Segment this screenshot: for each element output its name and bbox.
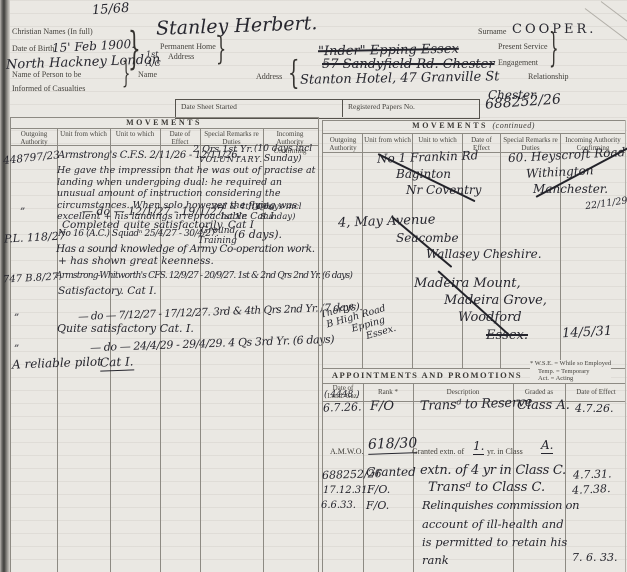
col-unit-to: Unit to which (112, 130, 158, 138)
permanent-home-address-label: Address (168, 52, 194, 61)
stamp-granted-label: Granted extn. of (412, 447, 464, 456)
stamp-class-value: A. (541, 438, 553, 454)
appointments-title: APPOINTMENTS AND PROMOTIONS (322, 370, 532, 380)
date-of-effect-value: 4.7.26. (575, 402, 613, 415)
rank-value: Granted (366, 465, 416, 479)
graded-as-value: Class A. (517, 398, 570, 413)
address-entry: Madeira Grove, (444, 293, 547, 308)
movement-unit: — do — 24/4/29 - 29/4/29. 4 Qs 3rd Yr. (… (90, 333, 334, 355)
stamp-amwo-label: A.M.W.O. (330, 447, 363, 456)
movement-unit: Armstrong-Whitworth's CFS. 12/9/27 - 20/… (56, 271, 352, 281)
col-date-of-effect: Date of Effect (567, 388, 625, 396)
movement-authority: 747 B.8/27. (3, 271, 62, 285)
description-value: Transᵈ to Class C. (428, 480, 545, 495)
movement-days: Sunday) (260, 212, 295, 222)
legend-line: Temp. = Temporary (538, 368, 611, 376)
col-description: Description (415, 388, 511, 396)
movement-remarks: A reliable pilot (12, 354, 102, 371)
address-date: 14/5/31 (562, 324, 613, 342)
date-of-birth-value: 15' Feb 1900. (52, 37, 136, 55)
movement-remarks: Has a sound knowledge of Army Co-operati… (56, 243, 315, 255)
address-entry: Madeira Mount, (414, 276, 521, 291)
col-outgoing-authority: Outgoing Authority (324, 136, 362, 153)
col-unit-from: Unit from which (364, 136, 411, 144)
movement-days: (10 days incl (254, 144, 312, 154)
col-rank: Rank * (365, 388, 411, 396)
brace-glyph: } (216, 30, 226, 68)
present-service-label: Present Service (498, 42, 548, 51)
movement-unit: — do — 12/1/27 - 19/1/27 (82, 205, 224, 218)
brace-glyph: { (288, 55, 299, 93)
rank-note: 1st A/C (146, 50, 161, 68)
relationship-label: Relationship (528, 72, 568, 81)
address-entry: No 1 Frankin Rd (377, 148, 479, 166)
rank-value: F/O. (366, 499, 389, 512)
date-of-birth-label: Date of Birth (12, 44, 54, 53)
brace-glyph: } (549, 25, 559, 72)
stamp-order-number: 618/30 (368, 435, 418, 455)
movement-days: Sunday) (264, 154, 301, 164)
grid-line (322, 133, 625, 134)
engagement-label: Engagement (498, 58, 538, 67)
address-label: Address (256, 72, 282, 81)
brace-glyph: } (122, 59, 130, 92)
stamp-class-label: yr. in Class (487, 447, 523, 456)
stamp-years-value: 1. (473, 439, 484, 455)
movement-remarks: Quite satisfactory Cat. I. (57, 322, 194, 335)
movement-days: (8 days incl (252, 202, 301, 212)
movement-remarks: + has shown great keenness. (58, 255, 214, 267)
legend-line: Act. = Acting (538, 375, 611, 383)
date-of-effect-value: 4.7.31. (573, 467, 612, 481)
ditto-mark: ” (14, 313, 19, 324)
grid-line (625, 120, 626, 572)
gazette-date: 6.7.26. (323, 400, 362, 414)
movement-category: Cat I. (100, 354, 134, 371)
person-informed-label-line2: Informed of Casualties (12, 84, 85, 93)
grid-line (362, 133, 363, 368)
rank-value: F/O (370, 399, 394, 414)
col-unit-from: Unit from which (59, 130, 108, 138)
col-unit-to: Unit to which (414, 136, 461, 144)
person-informed-label-line1: Name of Person to be (12, 70, 81, 79)
description-line: rank (422, 553, 449, 567)
movement-days: (6 days). (234, 228, 282, 241)
service-record-document: 15/68 Christian Names (In full) Stanley … (0, 0, 627, 572)
legend-line: * W.S.E. = While so Employed (530, 360, 611, 368)
date-sheet-started-label: Date Sheet Started (181, 102, 237, 111)
description-line: is permitted to retain his (422, 535, 567, 549)
surname-label: Surname (478, 27, 506, 36)
movement-voluntary: VOLUNTARY. (199, 155, 263, 164)
gazette-date: 6.6.33. (321, 500, 356, 511)
address-entry: Essex. (486, 328, 528, 343)
date-sheet-box-divider (342, 99, 343, 117)
movements-continued-title: MOVEMENTS (continued) (322, 121, 625, 130)
address-entry: Manchester. (533, 182, 608, 196)
movements-continued-title-suffix: (continued) (492, 121, 534, 130)
date-of-effect-value: 4.7.38. (572, 482, 611, 497)
movement-quarter: Ground (201, 226, 235, 236)
ditto-mark: ” (14, 344, 19, 355)
description-line: Relinquishes commission on (422, 498, 579, 512)
description-value: Transᵈ to Reserve (420, 395, 533, 414)
gazette-date: 17.12.31. (323, 485, 371, 496)
rank-note-line1: 1st (146, 50, 161, 59)
reference-number: 15/68 (92, 1, 130, 19)
movements-continued-title-text: MOVEMENTS (412, 121, 488, 130)
current-address-line1: Stanton Hotel, 47 Granville St (300, 69, 500, 87)
movement-quarter: 2 Qrs 1st Yr. (193, 144, 253, 155)
movement-unit: No 16 (A.C.) Squadⁿ 25/4/27 - 30/4/27. (58, 229, 218, 239)
movements-title: MOVEMENTS (10, 118, 318, 127)
movement-remarks: Satisfactory. Cat I. (58, 285, 157, 297)
address-entry: Baginton (396, 167, 451, 181)
address-entry: 4, May Avenue (338, 212, 436, 230)
diagonal-address-note: Thorpe B High Road Epping Essex. (317, 291, 397, 353)
grid-line (322, 383, 625, 384)
christian-names-label: Christian Names (In full) (12, 27, 93, 36)
permanent-home-label: Permanent Home (160, 42, 216, 51)
rank-value: F/O. (367, 483, 390, 496)
rank-note-line2: A/C (146, 59, 161, 68)
binding-edge (0, 0, 10, 572)
abbreviation-legend: * W.S.E. = While so Employed Temp. = Tem… (530, 360, 611, 383)
col-outgoing-authority: Outgoing Authority (12, 130, 56, 147)
description-line: account of ill-health and (422, 517, 564, 531)
date-of-effect-value: 7. 6. 33. (572, 551, 617, 564)
ditto-mark: ” (20, 207, 25, 218)
address-entry: Seacombe (396, 231, 459, 245)
description-value: extn. of 4 yr in Class C. (420, 463, 566, 478)
registered-papers-label: Registered Papers No. (348, 102, 415, 111)
name-label: Name (138, 70, 157, 79)
movement-authority: 448797/23 (3, 149, 61, 167)
gazette-ref: ( 4448 ) (324, 390, 360, 400)
address-date: 22/11/29. (584, 195, 627, 212)
grid-line (10, 117, 11, 572)
christian-names-value: Stanley Herbert. (156, 12, 318, 40)
